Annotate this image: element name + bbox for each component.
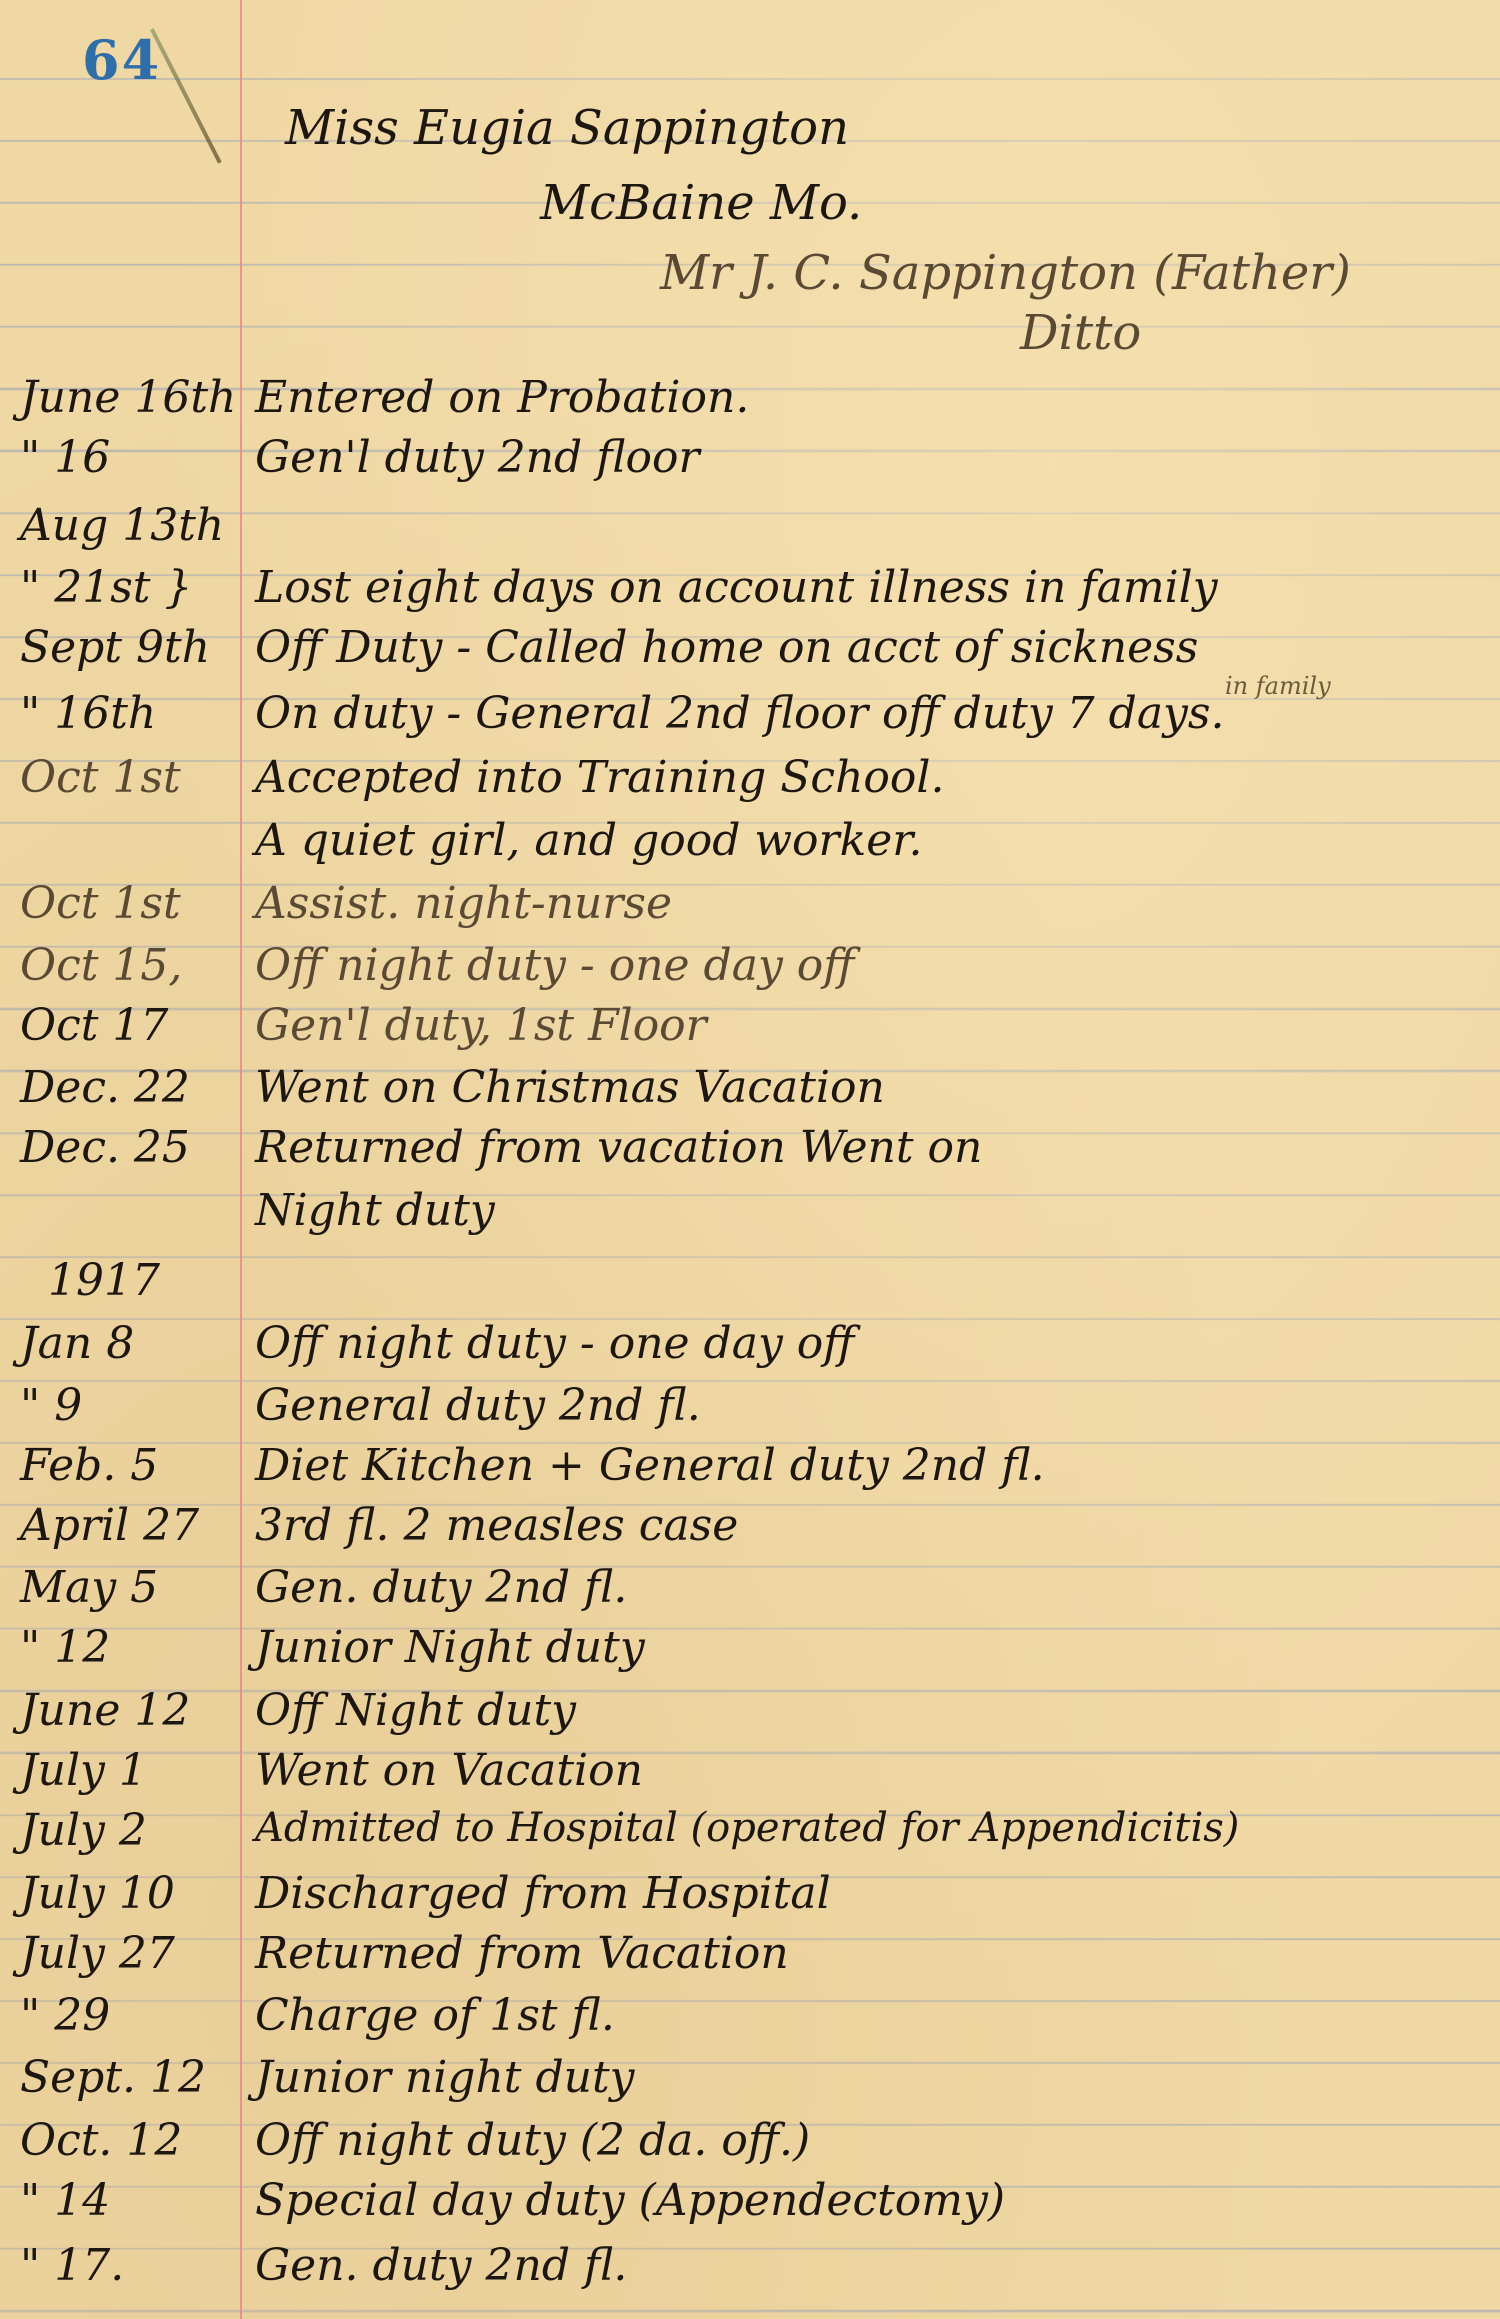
entry-date: Oct 17 <box>20 1000 235 1051</box>
entry-text: Gen. duty 2nd fl. <box>255 2240 627 2291</box>
entry-text: Assist. night-nurse <box>255 878 672 929</box>
entry-annotation: in family <box>1225 672 1331 700</box>
entry-text: Off night duty (2 da. off.) <box>255 2115 810 2166</box>
entry-date: " 14 <box>20 2175 235 2226</box>
entry-date: July 2 <box>20 1805 235 1856</box>
entry-text: Went on Vacation <box>255 1745 643 1796</box>
parent-address: Ditto <box>1020 305 1141 361</box>
entry-date: May 5 <box>20 1562 235 1613</box>
entry-text: Off Duty - Called home on acct of sickne… <box>255 622 1198 673</box>
entry-date: Oct. 12 <box>20 2115 235 2166</box>
entry-date: July 1 <box>20 1745 235 1796</box>
entry-text: Off Night duty <box>255 1685 576 1736</box>
entry-text: Gen'l duty 2nd floor <box>255 432 700 483</box>
ledger-page: 64 Miss Eugia Sappington McBaine Mo. Mr … <box>0 0 1500 2319</box>
entry-text: Junior night duty <box>255 2052 635 2103</box>
entry-date: Dec. 22 <box>20 1062 235 1113</box>
entry-text: General duty 2nd fl. <box>255 1380 701 1431</box>
entry-date: " 21st } <box>20 562 235 613</box>
entry-date: Dec. 25 <box>20 1122 235 1173</box>
year-heading: 1917 <box>48 1255 263 1306</box>
entry-text: 3rd fl. 2 measles case <box>255 1500 738 1551</box>
entry-date: Sept. 12 <box>20 2052 235 2103</box>
entry-date: Oct 15, <box>20 940 235 991</box>
page-number: 64 <box>82 28 161 92</box>
entry-date: Oct 1st <box>20 878 235 929</box>
student-address: McBaine Mo. <box>540 175 862 231</box>
parent-name: Mr J. C. Sappington (Father) <box>660 245 1351 301</box>
entry-text: Entered on Probation. <box>255 372 749 423</box>
entry-text: Discharged from Hospital <box>255 1868 831 1919</box>
entry-date: July 27 <box>20 1928 235 1979</box>
margin-rule <box>240 0 242 2319</box>
entry-date: June 12 <box>20 1685 235 1736</box>
entry-text: Accepted into Training School. <box>255 752 944 803</box>
entry-date: " 12 <box>20 1622 235 1673</box>
entry-text: Off night duty - one day off <box>255 1318 854 1369</box>
student-name: Miss Eugia Sappington <box>285 100 849 156</box>
entry-text: Lost eight days on account illness in fa… <box>255 562 1218 613</box>
entry-text: Returned from vacation Went on <box>255 1122 982 1173</box>
entry-text: Gen. duty 2nd fl. <box>255 1562 627 1613</box>
entry-date: Sept 9th <box>20 622 235 673</box>
entry-text: Special day duty (Appendectomy) <box>255 2175 1005 2226</box>
entry-text: A quiet girl, and good worker. <box>255 815 922 866</box>
entry-text: Gen'l duty, 1st Floor <box>255 1000 707 1051</box>
entry-date: Aug 13th <box>20 500 235 551</box>
entry-text: Charge of 1st fl. <box>255 1990 615 2041</box>
entry-text: Junior Night duty <box>255 1622 645 1673</box>
entry-text: Admitted to Hospital (operated for Appen… <box>255 1805 1239 1851</box>
entry-date: April 27 <box>20 1500 235 1551</box>
entry-date: " 9 <box>20 1380 235 1431</box>
entry-date: " 29 <box>20 1990 235 2041</box>
entry-text: Diet Kitchen + General duty 2nd fl. <box>255 1440 1045 1491</box>
entry-text: Returned from Vacation <box>255 1928 789 1979</box>
entry-text: Night duty <box>255 1185 495 1236</box>
entry-date: " 17. <box>20 2240 235 2291</box>
entry-date: Oct 1st <box>20 752 235 803</box>
entry-date: " 16 <box>20 432 235 483</box>
entry-date: Feb. 5 <box>20 1440 235 1491</box>
entry-date: Jan 8 <box>20 1318 235 1369</box>
entry-text: On duty - General 2nd floor off duty 7 d… <box>255 688 1224 739</box>
entry-text: Off night duty - one day off <box>255 940 854 991</box>
entry-date: " 16th <box>20 688 235 739</box>
entry-text: Went on Christmas Vacation <box>255 1062 885 1113</box>
entry-date: June 16th <box>20 372 235 423</box>
entry-date: July 10 <box>20 1868 235 1919</box>
